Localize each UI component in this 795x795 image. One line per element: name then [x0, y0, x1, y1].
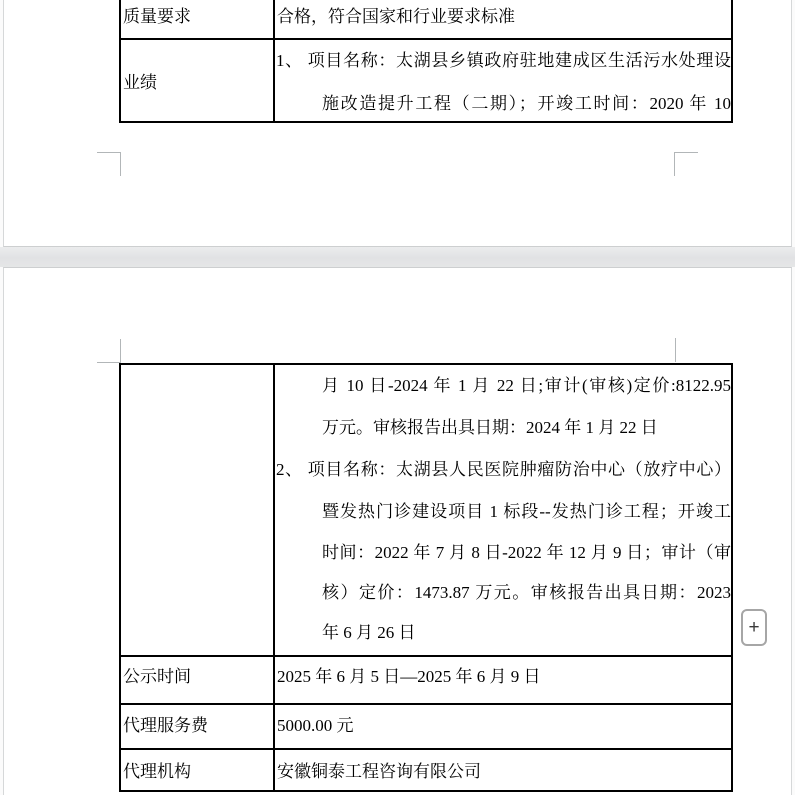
- p2-table-border-bottom: [119, 790, 733, 792]
- p2-margin-crop-mark-left-v: [120, 339, 121, 363]
- p2-table-border-left: [119, 363, 121, 792]
- p1-margin-crop-mark-right-v: [674, 152, 675, 176]
- p2-performance-line-3: 2、 项目名称：太湖县人民医院肿瘤防治中心（放疗中心）: [276, 459, 731, 480]
- page-separator: [0, 247, 795, 267]
- p1-margin-crop-mark-right-h: [674, 152, 698, 153]
- p2-table-row-divider-1: [119, 655, 733, 657]
- plus-button[interactable]: +: [741, 609, 767, 646]
- p2-performance-line-4: 暨发热门诊建设项目 1 标段--发热门诊工程；开竣工: [322, 501, 731, 522]
- p2-cell-publicity-period-value: 2025 年 6 月 5 日—2025 年 6 月 9 日: [277, 666, 541, 687]
- p2-performance-line-6: 核）定价：1473.87 万元。审核报告出具日期：2023: [322, 582, 731, 603]
- document-viewer: 质量要求 合格，符合国家和行业要求标准 业绩 1、 项目名称：太湖县乡镇政府驻地…: [0, 0, 795, 795]
- p1-cell-quality-value: 合格，符合国家和行业要求标准: [277, 6, 515, 27]
- p1-performance-line-2: 施改造提升工程（二期）；开竣工时间：2020 年 10: [322, 93, 731, 114]
- p2-cell-agency-name-value: 安徽铜泰工程咨询有限公司: [277, 761, 481, 782]
- p2-performance-line-5: 时间：2022 年 7 月 8 日-2022 年 12 月 9 日；审计（审: [322, 542, 731, 563]
- p1-cell-performance-label: 业绩: [123, 72, 157, 93]
- p2-performance-line-7: 年 6 月 26 日: [322, 622, 416, 643]
- p1-margin-crop-mark-left-v: [120, 152, 121, 176]
- p2-performance-line-1: 月 10 日-2024 年 1 月 22 日;审计(审核)定价:8122.95: [322, 375, 731, 396]
- p2-cell-agency-fee-label: 代理服务费: [123, 715, 208, 736]
- p1-table-column-divider: [273, 0, 275, 123]
- p2-cell-agency-fee-value: 5000.00 元: [277, 715, 354, 736]
- p2-cell-publicity-period-label: 公示时间: [123, 666, 191, 687]
- p2-margin-crop-mark-left-h: [97, 362, 121, 363]
- page-2: [3, 267, 792, 795]
- p1-cell-quality-label: 质量要求: [123, 6, 191, 27]
- p1-table-border-bottom: [119, 121, 733, 123]
- p1-table-border-right: [731, 0, 733, 123]
- p1-margin-crop-mark-left-h: [97, 152, 121, 153]
- p2-table-border-right: [731, 363, 733, 792]
- p2-performance-line-2: 万元。审核报告出具日期：2024 年 1 月 22 日: [322, 417, 658, 438]
- p2-margin-crop-mark-right-v: [675, 338, 676, 362]
- p1-table-border-left: [119, 0, 121, 123]
- p2-table-row-divider-3: [119, 748, 733, 750]
- p1-performance-line-1: 1、 项目名称：太湖县乡镇政府驻地建成区生活污水处理设: [276, 50, 731, 71]
- p2-table-column-divider: [273, 363, 275, 792]
- p2-cell-agency-name-label: 代理机构: [123, 761, 191, 782]
- p2-table-row-divider-2: [119, 703, 733, 705]
- p2-table-border-top: [119, 363, 733, 365]
- p1-table-row-divider: [119, 38, 733, 40]
